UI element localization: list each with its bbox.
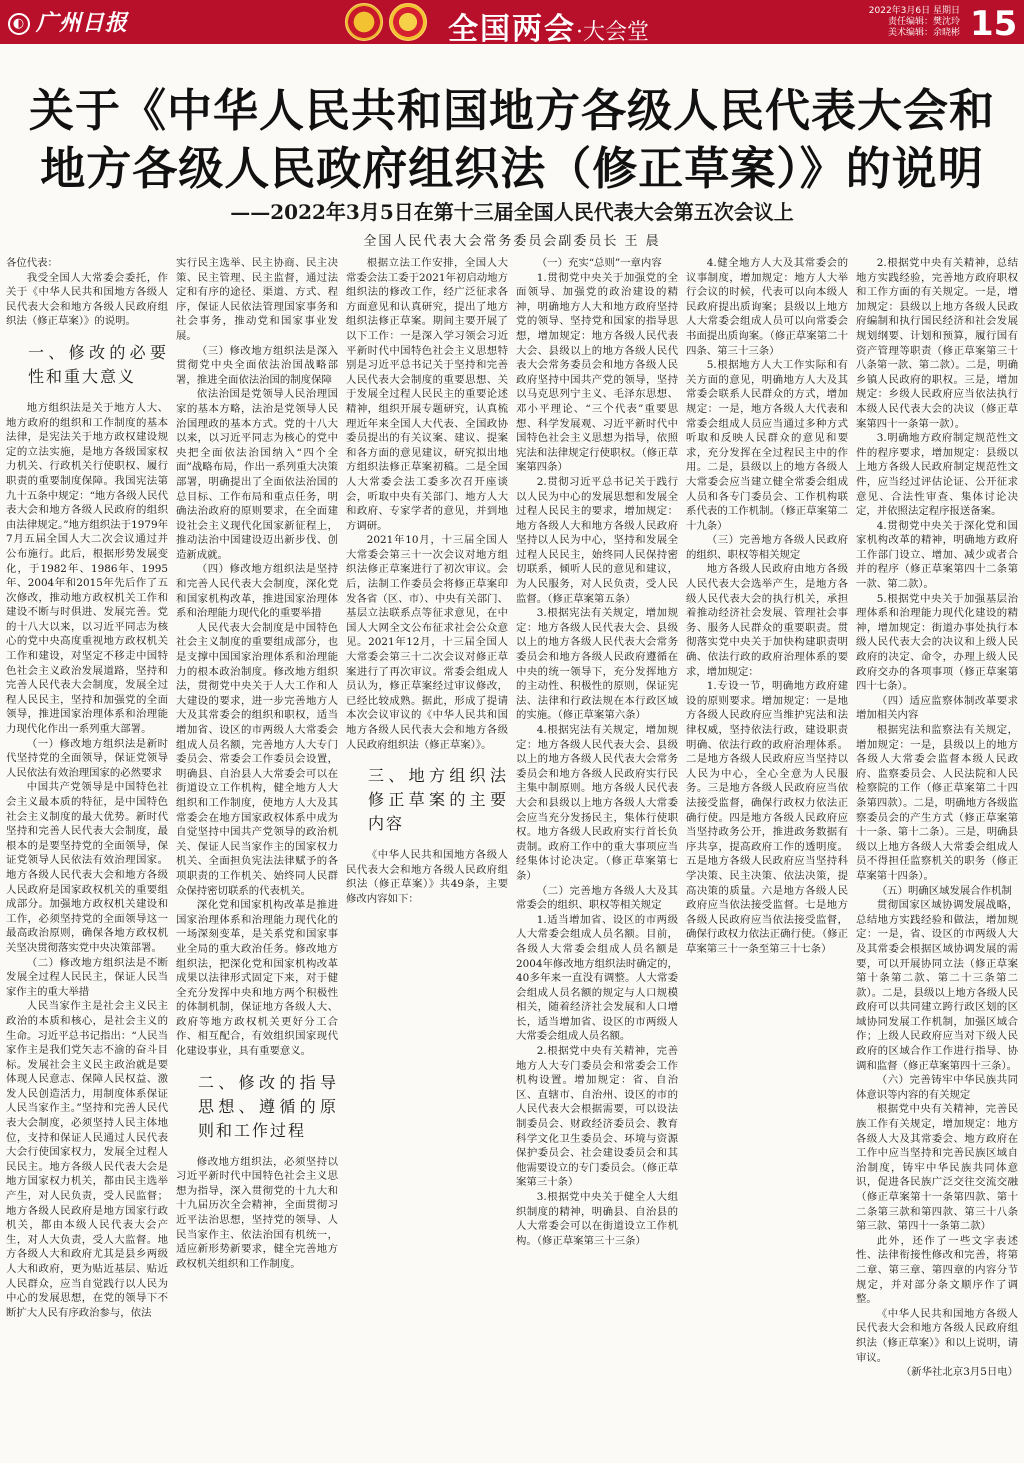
paragraph: 修改地方组织法，必须坚持以习近平新时代中国特色社会主义思想为指导，深入贯彻党的十… (176, 1155, 338, 1272)
list-item: 4.贯彻党中央关于深化党和国家机构改革的精神，明确地方政府工作部门设立、增加、减… (856, 519, 1018, 592)
paragraph: 人民当家作主是社会主义民主政治的本质和核心，是社会主义的生命。习近平总书记指出：… (6, 999, 168, 1320)
list-item: 5.根据党中央关于加强基层治理体系和治理能力现代化建设的精神，增加规定：街道办事… (856, 592, 1018, 694)
column-3: 根据立法工作安排，全国人大常委会法工委于2021年初启动地方组织法的修改工作，经… (346, 256, 508, 1456)
column-5: 4.健全地方人大及其常委会的议事制度，增加规定：地方人大举行会议的时候，代表可以… (686, 256, 848, 1456)
paragraph: 人民代表大会制度是中国特色社会主义制度的重要组成部分，也是支撑中国国家治理体系和… (176, 621, 338, 898)
salutation: 各位代表： (6, 256, 168, 271)
art-editor-credit: 美术编辑：余晓彬 (850, 28, 960, 39)
emblems (345, 3, 427, 41)
subsection-heading: （三）修改地方组织法是深入贯彻党中央全面依法治国战略部署，推进全面依法治国的制度… (176, 344, 338, 388)
issue-date: 2022年3月6日 星期日 (850, 6, 960, 17)
paragraph: 此外，还作了一些文字表述性、法律衔接性修改和完善，将第二章、第三章、第四章的内容… (856, 1234, 1018, 1307)
list-item: 3.明确地方政府制定规范性文件的程序要求，增加规定：县级以上地方各级人民政府制定… (856, 431, 1018, 519)
paragraph: 深化党和国家机构改革是推进国家治理体系和治理能力现代化的一场深刻变革，是关系党和… (176, 898, 338, 1059)
paragraph: 中国共产党领导是中国特色社会主义最本质的特征，是中国特色社会主义制度的最大优势。… (6, 780, 168, 955)
subsection-heading: （二）修改地方组织法是不断发展全过程人民民主，保证人民当家作主的重大举措 (6, 956, 168, 1000)
paragraph: 地方各级人民政府由地方各级人民代表大会选举产生，是地方各级人民代表大会的执行机关… (686, 562, 848, 679)
article-subtitle: ——2022年3月5日在第十三届全国人民代表大会第五次会议上 (0, 196, 1024, 225)
paragraph: 实行民主选举、民主协商、民主决策、民主管理、民主监督，通过法定和有序的途径、渠道… (176, 256, 338, 344)
column-6: 2.根据党中央有关精神，总结地方实践经验，完善地方政府职权和工作方面的有关规定。… (856, 256, 1018, 1456)
subsection-heading: （六）完善铸牢中华民族共同体意识等内容的有关规定 (856, 1073, 1018, 1102)
paragraph: 2021年10月，十三届全国人大常委会第三十一次会议对地方组织法修正草案进行了初… (346, 533, 508, 752)
list-item: 2.根据党中央有关精神，总结地方实践经验，完善地方政府职权和工作方面的有关规定。… (856, 256, 1018, 431)
list-item: 5.根据地方人大工作实际和有关方面的意见，明确地方人大及其常委会联系人民群众的方… (686, 358, 848, 533)
list-item: 3.根据宪法有关规定，增加规定：地方各级人民代表大会、县级以上的地方各级人民代表… (516, 606, 678, 723)
section-1-heading: 一、修改的必要性和重大意义 (28, 341, 168, 389)
paragraph: 《中华人民共和国地方各级人民代表大会和地方各级人民政府组织法（修正草案）》共49… (346, 848, 508, 906)
article-body: 各位代表： 我受全国人大常委会委托，作关于《中华人民共和国地方各级人民代表大会和… (6, 256, 1018, 1456)
editor-credit: 责任编辑：樊沈玲 (850, 17, 960, 28)
list-item: 1.适当增加省、设区的市两级人大常委会组成人员名额。目前，各级人大常委会组成人员… (516, 913, 678, 1044)
list-item: 4.健全地方人大及其常委会的议事制度，增加规定：地方人大举行会议的时候，代表可以… (686, 256, 848, 358)
list-item: 2.根据党中央有关精神，完善地方人大专门委员会和常委会工作机构设置。增加规定：省… (516, 1044, 678, 1190)
subsection-heading: （一）充实“总则”一章内容 (516, 256, 678, 271)
subsection-heading: （四）适应监察体制改革要求增加相关内容 (856, 694, 1018, 723)
newspaper-logo[interactable]: ◐广州日报 (8, 6, 128, 37)
paragraph: 根据立法工作安排，全国人大常委会法工委于2021年初启动地方组织法的修改工作，经… (346, 256, 508, 533)
column-1: 各位代表： 我受全国人大常委会委托，作关于《中华人民共和国地方各级人民代表大会和… (6, 256, 168, 1456)
paragraph: 根据党中央有关精神，完善民族工作有关规定，增加规定：地方各级人大及其常委会、地方… (856, 1102, 1018, 1233)
paragraph: 依法治国是党领导人民治理国家的基本方略，法治是党领导人民治国理政的基本方式。党的… (176, 387, 338, 562)
subsection-heading: （一）修改地方组织法是新时代坚持党的全面领导，保证党领导人民依法有效治理国家的必… (6, 737, 168, 781)
section-2-heading: 二、修改的指导思想、遵循的原则和工作过程 (198, 1071, 338, 1143)
section-3-heading: 三、地方组织法修正草案的主要内容 (368, 764, 508, 836)
cppcc-emblem-icon (389, 3, 427, 41)
national-emblem-icon (345, 3, 383, 41)
list-item: 2.贯彻习近平总书记关于践行以人民为中心的发展思想和发展全过程人民民主的要求，增… (516, 475, 678, 606)
logo-mark-icon: ◐ (8, 13, 30, 35)
subsection-heading: （三）完善地方各级人民政府的组织、职权等相关规定 (686, 533, 848, 562)
list-item: 1.专设一节，明确地方政府建设的原则要求。增加规定：一是地方各级人民政府应当维护… (686, 679, 848, 956)
article-byline: 全国人民代表大会常务委员会副委员长 王 晨 (0, 230, 1024, 249)
list-item: 4.根据宪法有关规定，增加规定：地方各级人民代表大会、县级以上的地方各级人民代表… (516, 723, 678, 884)
paragraph: 根据宪法和监察法有关规定，增加规定：一是，县级以上的地方各级人大常委会监督本级人… (856, 723, 1018, 884)
list-item: 3.根据党中央关于健全人大组织制度的精神，明确县、自治县的人大常委会可以在街道设… (516, 1190, 678, 1248)
column-2: 实行民主选举、民主协商、民主决策、民主管理、民主监督，通过法定和有序的途径、渠道… (176, 256, 338, 1456)
intro-paragraph: 我受全国人大常委会委托，作关于《中华人民共和国地方各级人民代表大会和地方各级人民… (6, 271, 168, 329)
section-title: 全国两会·大会堂 (448, 4, 649, 48)
masthead: ◐广州日报 全国两会·大会堂 2022年3月6日 星期日 责任编辑：樊沈玲 美术… (0, 0, 1024, 44)
paragraph: 贯彻国家区域协调发展战略，总结地方实践经验和做法，增加规定：一是，省、设区的市两… (856, 898, 1018, 1073)
page-number: 15 (970, 4, 1017, 44)
paragraph: 《中华人民共和国地方各级人民代表大会和地方各级人民政府组织法（修正草案）》和以上… (856, 1307, 1018, 1365)
subsection-heading: （四）修改地方组织法是坚持和完善人民代表大会制度，深化党和国家机构改革，推进国家… (176, 562, 338, 620)
column-4: （一）充实“总则”一章内容 1.贯彻党中央关于加强党的全面领导、加强党的政治建设… (516, 256, 678, 1456)
subsection-heading: （二）完善地方各级人大及其常委会的组织、职权等相关规定 (516, 884, 678, 913)
article-headline: 关于《中华人民共和国地方各级人民代表大会和 地方各级人民政府组织法（修正草案）》… (0, 82, 1024, 198)
news-source: （新华社北京3月5日电） (856, 1365, 1018, 1380)
paragraph: 地方组织法是关于地方人大、地方政府的组织和工作制度的基本法律，是宪法关于地方政权… (6, 401, 168, 737)
list-item: 1.贯彻党中央关于加强党的全面领导、加强党的政治建设的精神，明确地方人大和地方政… (516, 271, 678, 475)
subsection-heading: （五）明确区域发展合作机制 (856, 884, 1018, 899)
page-meta: 2022年3月6日 星期日 责任编辑：樊沈玲 美术编辑：余晓彬 (850, 6, 960, 39)
